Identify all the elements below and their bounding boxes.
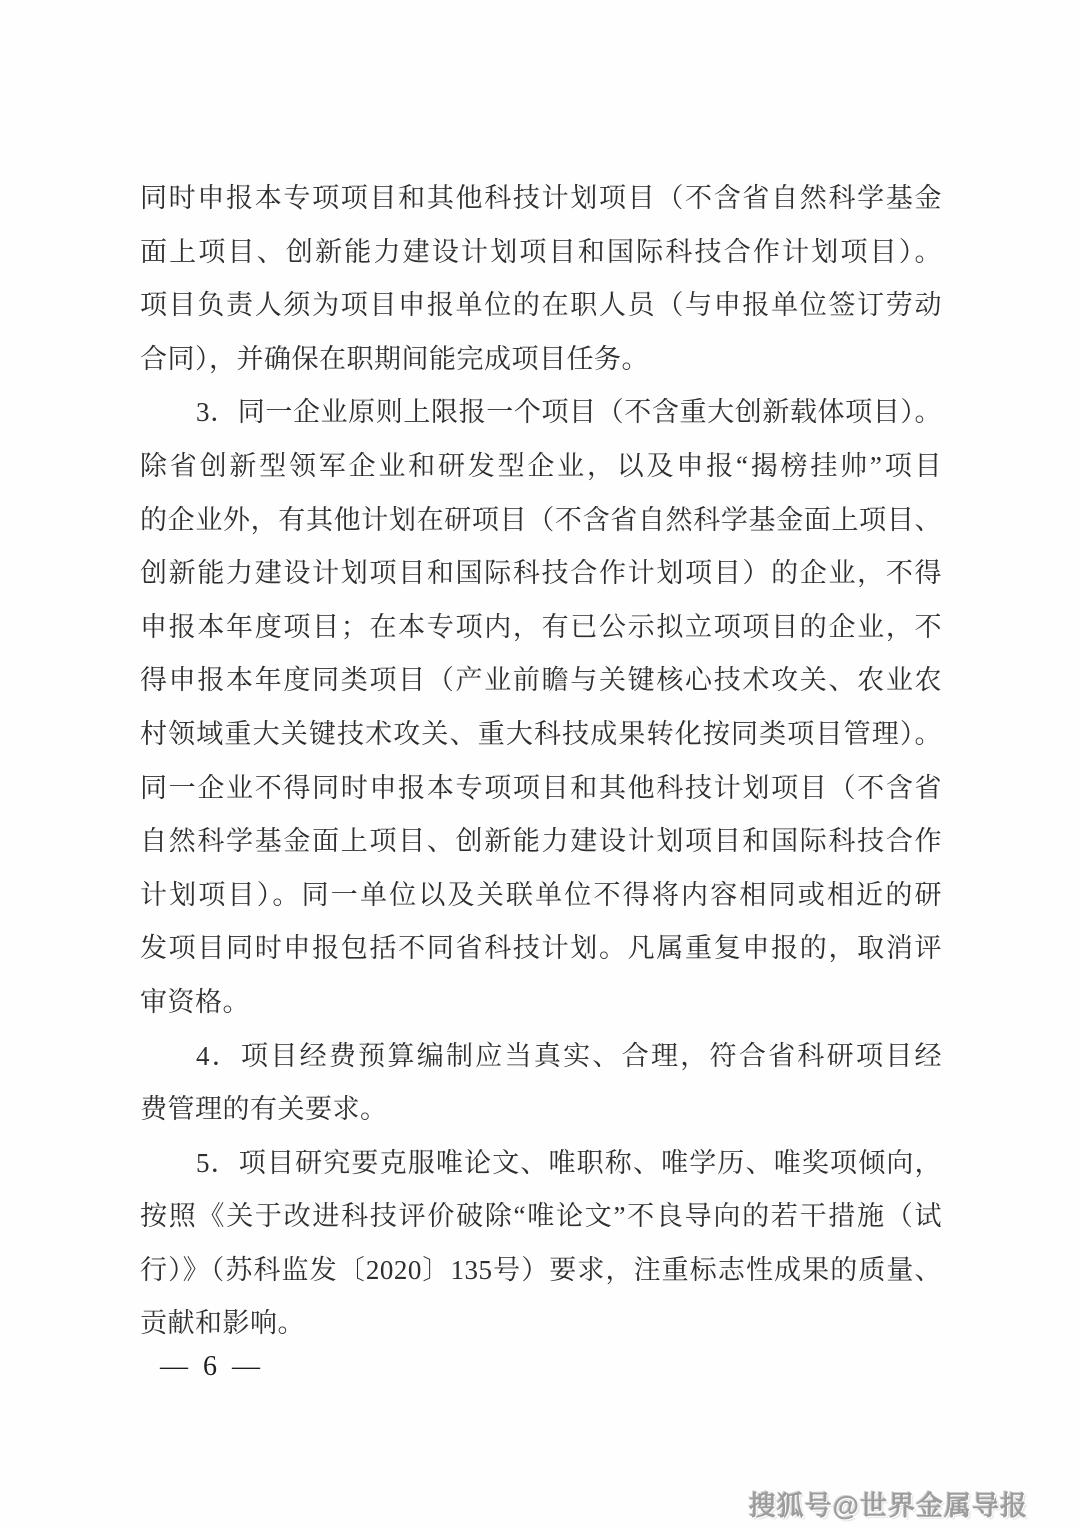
watermark: 搜狐号@世界金属导报 xyxy=(749,1484,1028,1523)
text-line: 审资格。 xyxy=(140,976,942,1030)
paragraph: 5．项目研究要克服唯论文、唯职称、唯学历、唯奖项倾向， 按照《关于改进科技评价破… xyxy=(140,1137,942,1351)
text-line: 按照《关于改进科技评价破除“唯论文”不良导向的若干措施（试 xyxy=(140,1190,942,1244)
document-page: 同时申报本专项项目和其他科技计划项目（不含省自然科学基金 面上项目、创新能力建设… xyxy=(0,0,1080,1527)
text-line: 发项目同时申报包括不同省科技计划。凡属重复申报的，取消评 xyxy=(140,922,942,976)
text-line: 计划项目）。同一单位以及关联单位不得将内容相同或相近的研 xyxy=(140,869,942,923)
text-line: 行）》（苏科监发〔2020〕135号）要求，注重标志性成果的质量、 xyxy=(140,1244,942,1298)
paragraph: 3．同一企业原则上限报一个项目（不含重大创新载体项目）。 除省创新型领军企业和研… xyxy=(140,386,942,1029)
text-line: 创新能力建设计划项目和国际科技合作计划项目）的企业，不得 xyxy=(140,547,942,601)
text-line: 项目负责人须为项目申报单位的在职人员（与申报单位签订劳动 xyxy=(140,279,942,333)
text-line: 村领域重大关键技术攻关、重大科技成果转化按同类项目管理）。 xyxy=(140,708,942,762)
text-line: 合同），并确保在职期间能完成项目任务。 xyxy=(140,333,942,387)
text-line: 5．项目研究要克服唯论文、唯职称、唯学历、唯奖项倾向， xyxy=(140,1137,942,1191)
text-line: 费管理的有关要求。 xyxy=(140,1083,942,1137)
text-line: 自然科学基金面上项目、创新能力建设计划项目和国际科技合作 xyxy=(140,815,942,869)
paragraph: 4．项目经费预算编制应当真实、合理，符合省科研项目经 费管理的有关要求。 xyxy=(140,1030,942,1137)
document-body: 同时申报本专项项目和其他科技计划项目（不含省自然科学基金 面上项目、创新能力建设… xyxy=(140,172,942,1351)
paragraph: 同时申报本专项项目和其他科技计划项目（不含省自然科学基金 面上项目、创新能力建设… xyxy=(140,172,942,386)
page-number: — 6 — xyxy=(160,1340,264,1394)
text-line: 同时申报本专项项目和其他科技计划项目（不含省自然科学基金 xyxy=(140,172,942,226)
text-line: 3．同一企业原则上限报一个项目（不含重大创新载体项目）。 xyxy=(140,386,942,440)
text-line: 4．项目经费预算编制应当真实、合理，符合省科研项目经 xyxy=(140,1030,942,1084)
text-line: 同一企业不得同时申报本专项项目和其他科技计划项目（不含省 xyxy=(140,762,942,816)
text-line: 申报本年度项目；在本专项内，有已公示拟立项项目的企业，不 xyxy=(140,601,942,655)
text-line: 的企业外，有其他计划在研项目（不含省自然科学基金面上项目、 xyxy=(140,494,942,548)
text-line: 除省创新型领军企业和研发型企业，以及申报“揭榜挂帅”项目 xyxy=(140,440,942,494)
text-line: 得申报本年度同类项目（产业前瞻与关键核心技术攻关、农业农 xyxy=(140,654,942,708)
text-line: 面上项目、创新能力建设计划项目和国际科技合作计划项目）。 xyxy=(140,226,942,280)
